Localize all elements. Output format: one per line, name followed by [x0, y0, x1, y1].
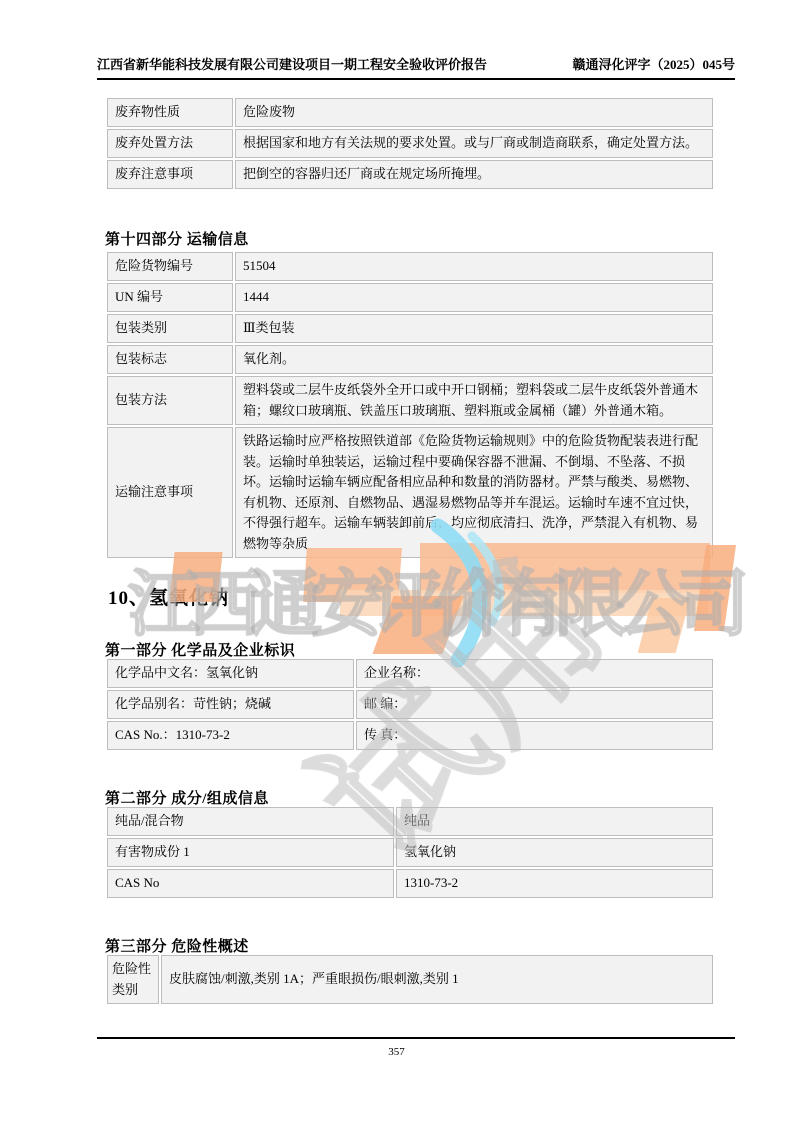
cell-left: 有害物成份 1 — [107, 838, 394, 867]
row-label: 废弃注意事项 — [107, 160, 233, 189]
cell-left: CAS No.：1310-73-2 — [107, 721, 354, 750]
row-value: 氧化剂。 — [235, 345, 713, 374]
cell-left: 纯品/混合物 — [107, 807, 394, 836]
transport-table: 危险货物编号 51504 UN 编号 1444 包装类别 Ⅲ类包装 包装标志 氧… — [105, 250, 715, 560]
table-row: 废弃物性质 危险废物 — [107, 98, 713, 127]
waste-table: 废弃物性质 危险废物 废弃处置方法 根据国家和地方有关法规的要求处置。或与厂商或… — [105, 96, 715, 191]
table-row: 包装标志 氧化剂。 — [107, 345, 713, 374]
table-row: 废弃注意事项 把倒空的容器归还厂商或在规定场所掩埋。 — [107, 160, 713, 189]
cell-right: 1310-73-2 — [396, 869, 713, 898]
table-row: 纯品/混合物 纯品 — [107, 807, 713, 836]
cell-right: 纯品 — [396, 807, 713, 836]
table-row: 有害物成份 1 氢氧化钠 — [107, 838, 713, 867]
page-header: 江西省新华能科技发展有限公司建设项目一期工程安全验收评价报告 赣通浔化评字（20… — [97, 54, 735, 80]
table-row: 化学品中文名：氢氧化钠 企业名称： — [107, 659, 713, 688]
table-row: 包装类别 Ⅲ类包装 — [107, 314, 713, 343]
doc-number: 赣通浔化评字（2025）045号 — [572, 54, 735, 73]
part1-table: 化学品中文名：氢氧化钠 企业名称： 化学品别名：苛性钠；烧碱 邮 编： CAS … — [105, 657, 715, 752]
table-row: CAS No.：1310-73-2 传 真： — [107, 721, 713, 750]
row-value: 塑料袋或二层牛皮纸袋外全开口或中开口钢桶；塑料袋或二层牛皮纸袋外普通木箱；螺纹口… — [235, 376, 713, 425]
table-row: 化学品别名：苛性钠；烧碱 邮 编： — [107, 690, 713, 719]
cell-left: CAS No — [107, 869, 394, 898]
cell-right: 传 真： — [356, 721, 713, 750]
row-label: 包装标志 — [107, 345, 233, 374]
row-label: UN 编号 — [107, 283, 233, 312]
table-row: 包装方法 塑料袋或二层牛皮纸袋外全开口或中开口钢桶；塑料袋或二层牛皮纸袋外普通木… — [107, 376, 713, 425]
row-value: 把倒空的容器归还厂商或在规定场所掩埋。 — [235, 160, 713, 189]
row-value: 根据国家和地方有关法规的要求处置。或与厂商或制造商联系，确定处置方法。 — [235, 129, 713, 158]
part3-table: 危险性类别 皮肤腐蚀/刺激,类别 1A；严重眼损伤/眼刺激,类别 1 — [105, 953, 715, 1006]
row-value: 51504 — [235, 252, 713, 281]
part2-table: 纯品/混合物 纯品 有害物成份 1 氢氧化钠 CAS No 1310-73-2 — [105, 805, 715, 900]
row-label: 废弃处置方法 — [107, 129, 233, 158]
section-heading-transport: 第十四部分 运输信息 — [105, 228, 715, 249]
row-label: 危险货物编号 — [107, 252, 233, 281]
document-page: 江西省新华能科技发展有限公司建设项目一期工程安全验收评价报告 赣通浔化评字（20… — [0, 0, 793, 1122]
cell-left: 化学品中文名：氢氧化钠 — [107, 659, 354, 688]
page-number: 357 — [0, 1046, 793, 1058]
table-row: 危险性类别 皮肤腐蚀/刺激,类别 1A；严重眼损伤/眼刺激,类别 1 — [107, 955, 713, 1004]
table-row: UN 编号 1444 — [107, 283, 713, 312]
row-label: 废弃物性质 — [107, 98, 233, 127]
row-value: 1444 — [235, 283, 713, 312]
row-value: 皮肤腐蚀/刺激,类别 1A；严重眼损伤/眼刺激,类别 1 — [161, 955, 713, 1004]
cell-left: 化学品别名：苛性钠；烧碱 — [107, 690, 354, 719]
chemical-heading: 10、氢氧化钠 — [108, 583, 718, 610]
row-value: 铁路运输时应严格按照铁道部《危险货物运输规则》中的危险货物配装表进行配装。运输时… — [235, 427, 713, 558]
cell-right: 企业名称： — [356, 659, 713, 688]
row-label: 包装类别 — [107, 314, 233, 343]
table-row: 危险货物编号 51504 — [107, 252, 713, 281]
footer-rule — [97, 1037, 735, 1039]
cell-right: 邮 编： — [356, 690, 713, 719]
row-value: Ⅲ类包装 — [235, 314, 713, 343]
row-value: 危险废物 — [235, 98, 713, 127]
row-label: 危险性类别 — [107, 955, 159, 1004]
table-row: 废弃处置方法 根据国家和地方有关法规的要求处置。或与厂商或制造商联系，确定处置方… — [107, 129, 713, 158]
table-row: CAS No 1310-73-2 — [107, 869, 713, 898]
row-label: 运输注意事项 — [107, 427, 233, 558]
report-title: 江西省新华能科技发展有限公司建设项目一期工程安全验收评价报告 — [97, 54, 487, 73]
table-row: 运输注意事项 铁路运输时应严格按照铁道部《危险货物运输规则》中的危险货物配装表进… — [107, 427, 713, 558]
row-label: 包装方法 — [107, 376, 233, 425]
cell-right: 氢氧化钠 — [396, 838, 713, 867]
